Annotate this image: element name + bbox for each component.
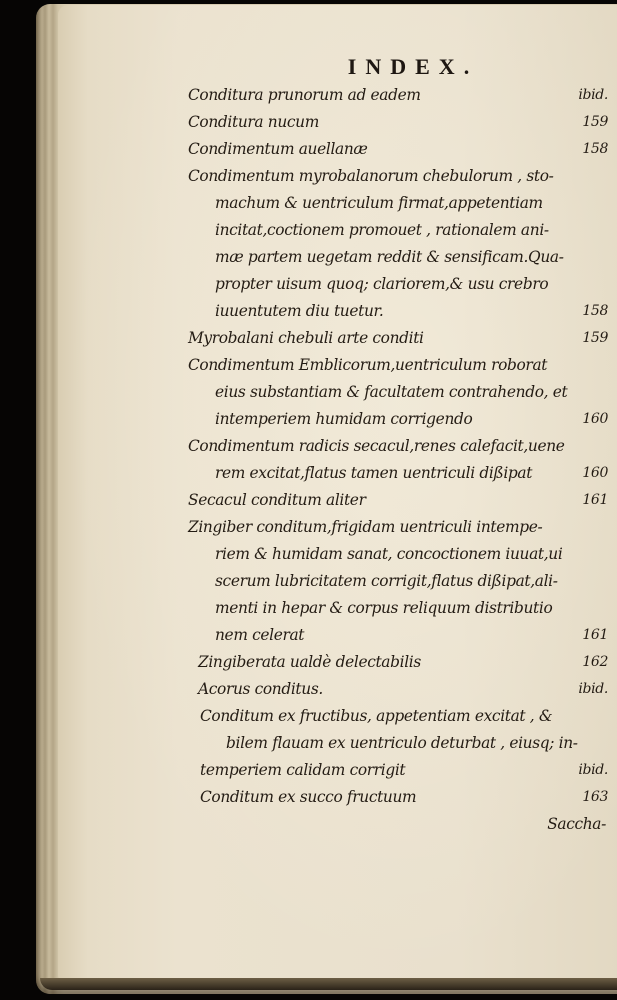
index-entry-line: Conditura nucum159 (188, 109, 608, 136)
index-entry-continuation: menti in hepar & corpus reliquum distrib… (188, 595, 608, 622)
page-reference (602, 730, 608, 757)
index-text-block: INDEX. Conditura prunorum ad eademibid. … (188, 52, 608, 838)
entry-text: riem & humidam sanat, concoctionem iuuat… (215, 541, 562, 568)
entry-text: Zingiberata ualdè delectabilis (198, 649, 421, 676)
entry-text: Conditum ex succo fructuum (200, 784, 416, 811)
index-entry-continuation: mæ partem uegetam reddit & sensificam.Qu… (188, 244, 608, 271)
page-reference: 158 (576, 136, 608, 163)
index-entry-line: temperiem calidam corrigitibid. (188, 757, 608, 784)
page-reference: 159 (576, 109, 608, 136)
entry-text: eius substantiam & facultatem contrahend… (215, 379, 567, 406)
index-entry-line: Condimentum Emblicorum,uentriculum robor… (188, 352, 608, 379)
entry-text: temperiem calidam corrigit (200, 757, 405, 784)
index-entry-line: Conditura prunorum ad eademibid. (188, 82, 608, 109)
index-entry-continuation: intemperiem humidam corrigendo160 (188, 406, 608, 433)
page-reference: ibid. (572, 757, 608, 784)
page-reference (602, 514, 608, 541)
entry-text: propter uisum quoq; clariorem,& usu creb… (215, 271, 548, 298)
page-reference: 159 (576, 325, 608, 352)
entry-text: Conditura nucum (188, 109, 319, 136)
page-reference (602, 163, 608, 190)
catchword: Saccha- (188, 811, 608, 838)
page-reference (602, 595, 608, 622)
page-reference (602, 703, 608, 730)
page-reference: 160 (576, 460, 608, 487)
entry-text: Zingiber conditum,frigidam uentriculi in… (188, 514, 542, 541)
page-bottom-edge (40, 978, 617, 990)
index-entry-continuation: bilem flauam ex uentriculo deturbat , ei… (188, 730, 608, 757)
entry-text: rem excitat,flatus tamen uentriculi dißi… (215, 460, 532, 487)
entry-text: Condimentum Emblicorum,uentriculum robor… (188, 352, 547, 379)
page-reference: 160 (576, 406, 608, 433)
index-entry-continuation: scerum lubricitatem corrigit,flatus dißi… (188, 568, 608, 595)
page-reference (602, 379, 608, 406)
entry-text: bilem flauam ex uentriculo deturbat , ei… (226, 730, 578, 757)
entry-text: menti in hepar & corpus reliquum distrib… (215, 595, 552, 622)
page-reference: 161 (576, 487, 608, 514)
page-reference (602, 352, 608, 379)
index-entry-continuation: propter uisum quoq; clariorem,& usu creb… (188, 271, 608, 298)
page-reference (602, 541, 608, 568)
index-entry-line: Secacul conditum aliter161 (188, 487, 608, 514)
index-entry-line: Condimentum myrobalanorum chebulorum , s… (188, 163, 608, 190)
entry-text: Conditum ex fructibus, appetentiam excit… (200, 703, 552, 730)
page-reference (602, 568, 608, 595)
entry-text: intemperiem humidam corrigendo (215, 406, 472, 433)
index-entry-line: Acorus conditus.ibid. (188, 676, 608, 703)
entry-text: iuuentutem diu tuetur. (215, 298, 383, 325)
entry-text: Myrobalani chebuli arte conditi (188, 325, 424, 352)
index-entry-continuation: iuuentutem diu tuetur.158 (188, 298, 608, 325)
book-scan: INDEX. Conditura prunorum ad eademibid. … (0, 0, 617, 1000)
page-reference: ibid. (572, 676, 608, 703)
page-reference: 163 (576, 784, 608, 811)
index-entry-continuation: riem & humidam sanat, concoctionem iuuat… (188, 541, 608, 568)
page-reference (602, 217, 608, 244)
entry-text: Condimentum auellanæ (188, 136, 368, 163)
index-entry-line: Conditum ex succo fructuum163 (188, 784, 608, 811)
entry-text: incitat,coctionem promouet , rationalem … (215, 217, 549, 244)
entry-text: scerum lubricitatem corrigit,flatus dißi… (215, 568, 558, 595)
index-entry-line: Condimentum auellanæ158 (188, 136, 608, 163)
index-entry-continuation: machum & uentriculum firmat,appetentiam (188, 190, 608, 217)
index-entry-line: Conditum ex fructibus, appetentiam excit… (188, 703, 608, 730)
index-entry-line: Condimentum radicis secacul,renes calefa… (188, 433, 608, 460)
entry-text: mæ partem uegetam reddit & sensificam.Qu… (215, 244, 564, 271)
page-reference (602, 190, 608, 217)
page-reference: ibid. (572, 82, 608, 109)
entry-text: Condimentum myrobalanorum chebulorum , s… (188, 163, 554, 190)
page-reference (602, 244, 608, 271)
page-reference (602, 271, 608, 298)
page-reference: 161 (576, 622, 608, 649)
entry-text: Secacul conditum aliter (188, 487, 366, 514)
entry-text: Acorus conditus. (198, 676, 323, 703)
index-entry-line: Zingiberata ualdè delectabilis162 (188, 649, 608, 676)
index-entry-continuation: nem celerat161 (188, 622, 608, 649)
running-head: INDEX. (188, 52, 608, 82)
index-entry-continuation: incitat,coctionem promouet , rationalem … (188, 217, 608, 244)
entry-text: Conditura prunorum ad eadem (188, 82, 421, 109)
entry-text: Condimentum radicis secacul,renes calefa… (188, 433, 565, 460)
page-reference: 158 (576, 298, 608, 325)
index-entry-continuation: eius substantiam & facultatem contrahend… (188, 379, 608, 406)
index-entry-line: Zingiber conditum,frigidam uentriculi in… (188, 514, 608, 541)
entry-text: nem celerat (215, 622, 304, 649)
index-entry-continuation: rem excitat,flatus tamen uentriculi dißi… (188, 460, 608, 487)
entry-text: machum & uentriculum firmat,appetentiam (215, 190, 543, 217)
page-reference: 162 (576, 649, 608, 676)
page-reference (602, 433, 608, 460)
index-entry-line: Myrobalani chebuli arte conditi159 (188, 325, 608, 352)
